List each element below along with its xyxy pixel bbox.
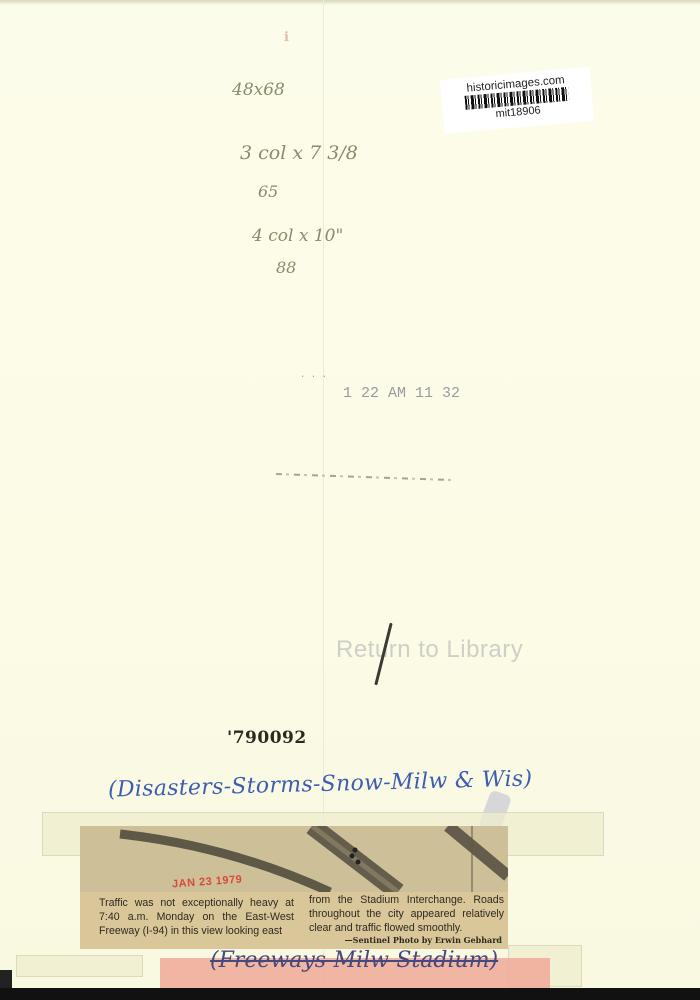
note-size-1: 48x68: [232, 80, 285, 100]
photo-credit: —Sentinel Photo by Erwin Gebhard: [345, 935, 502, 945]
library-stamp: Return to Library: [336, 636, 523, 664]
note-lines-2: 88: [276, 258, 296, 277]
newspaper-clipping: JAN 23 1979 Traffic was not exceptionall…: [80, 826, 508, 949]
red-mark: ℹ: [284, 30, 298, 46]
freeway-photo: [80, 826, 508, 892]
archive-number: '790092: [227, 728, 307, 748]
top-edge-shadow: [0, 0, 700, 5]
crossed-out-note: (Freeways-Milw-Stadium): [210, 948, 498, 973]
bottom-edge-shadow: [0, 988, 700, 1000]
note-size-3: 4 col x 10": [252, 226, 343, 246]
caption-right: from the Stadium Interchange. Roads thro…: [309, 893, 504, 935]
received-stamp: 1 22 AM 11 32: [343, 385, 460, 402]
note-lines-1: 65: [258, 182, 278, 201]
tape-bottom-left: [16, 955, 143, 977]
note-size-2: 3 col x 7 3/8: [240, 142, 358, 164]
stamp-dots: . . .: [300, 370, 327, 380]
clipping-photo: JAN 23 1979: [80, 826, 508, 892]
caption-left: Traffic was not exceptionally heavy at 7…: [99, 896, 294, 938]
